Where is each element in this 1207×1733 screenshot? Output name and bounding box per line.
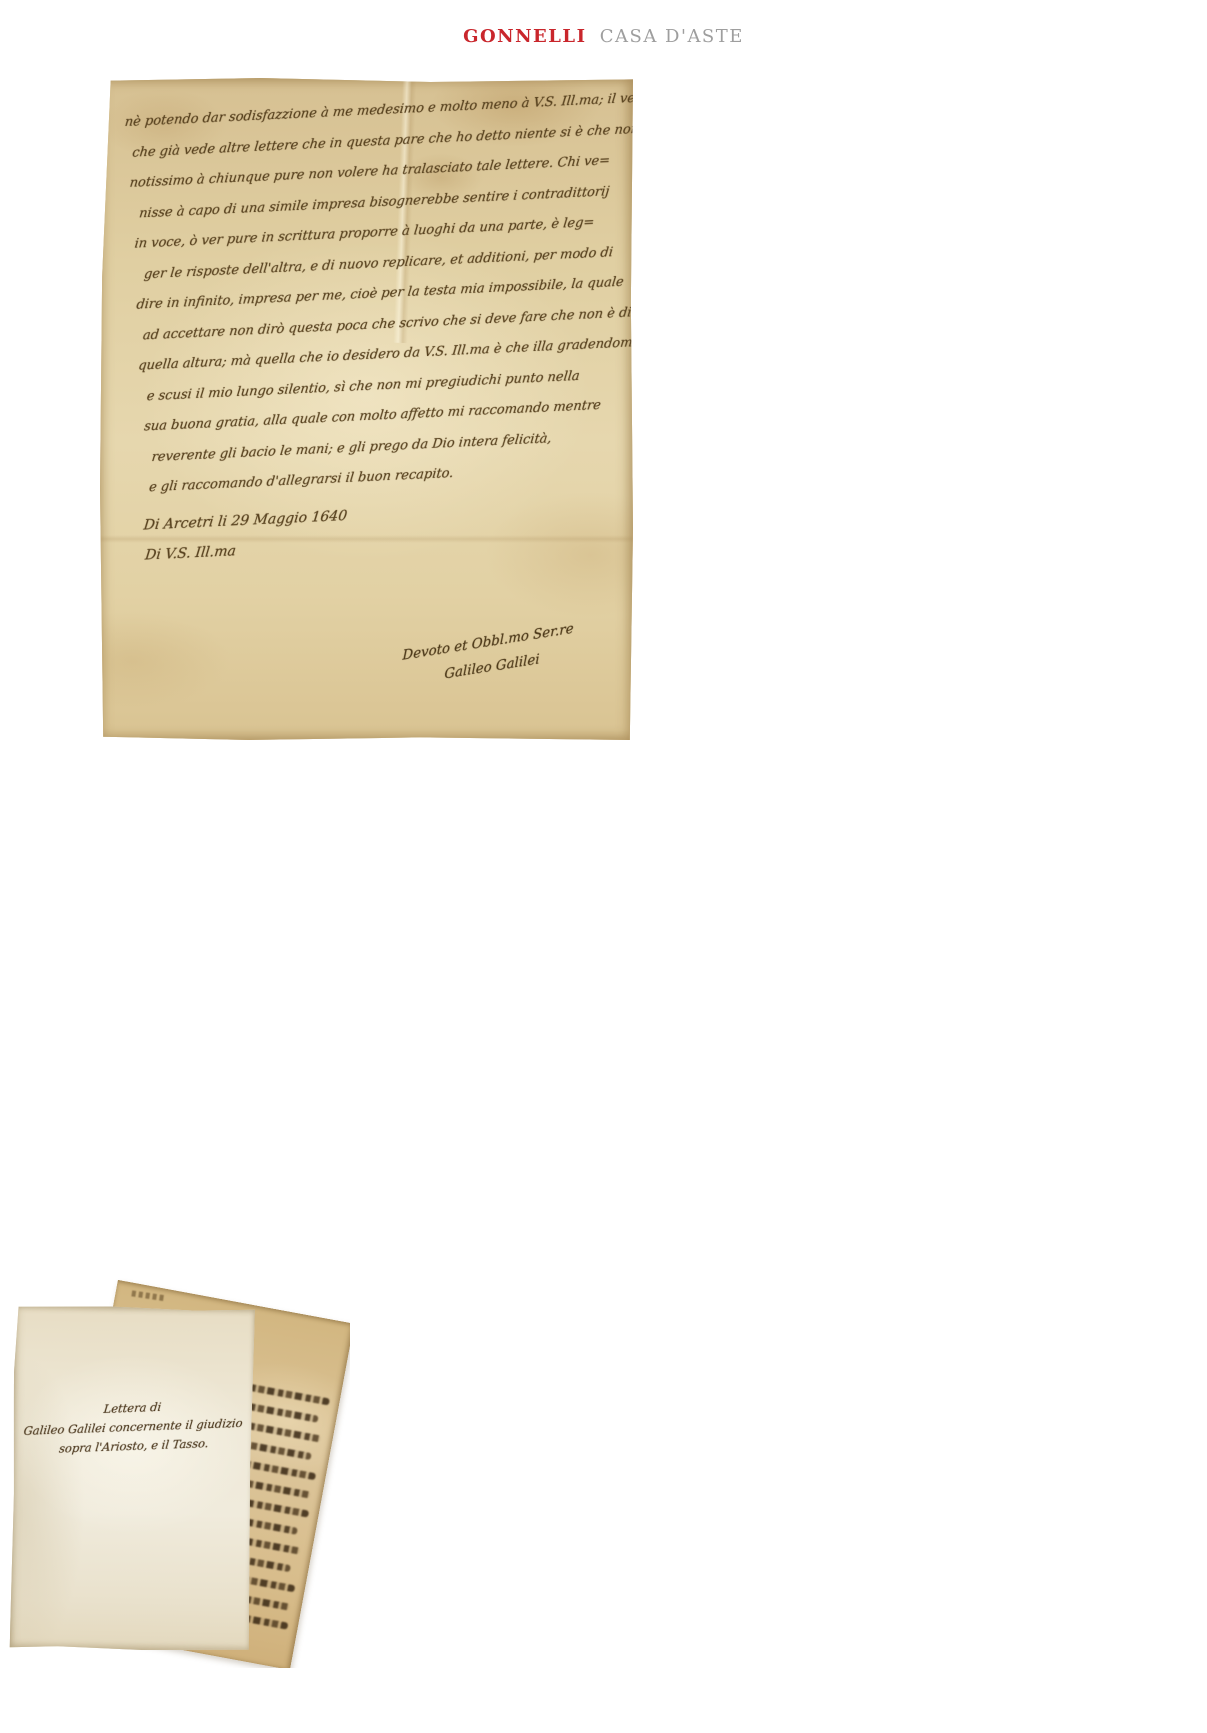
folded-manuscripts-photo: Lettera di Galileo Galilei concernente i… [5,1268,350,1668]
catalog-page: GONNELLI CASA D'ASTE nè potendo dar sodi… [0,0,1207,1733]
wrapper-caption: Lettera di Galileo Galilei concernente i… [17,1395,249,1460]
brand-header: GONNELLI CASA D'ASTE [0,26,1207,47]
manuscript-signature: Devoto et Obbl.mo Ser.re Galileo Galilei [363,611,618,699]
corner-ink-mark [131,1290,166,1301]
brand-suffix: CASA D'ASTE [600,26,744,47]
brand-name: GONNELLI [463,26,586,47]
manuscript-letter-photo: nè potendo dar sodisfazzione à me medesi… [100,78,633,740]
front-manuscript-wrapper-sheet: Lettera di Galileo Galilei concernente i… [10,1305,255,1652]
manuscript-text-block: nè potendo dar sodisfazzione à me medesi… [124,84,645,571]
